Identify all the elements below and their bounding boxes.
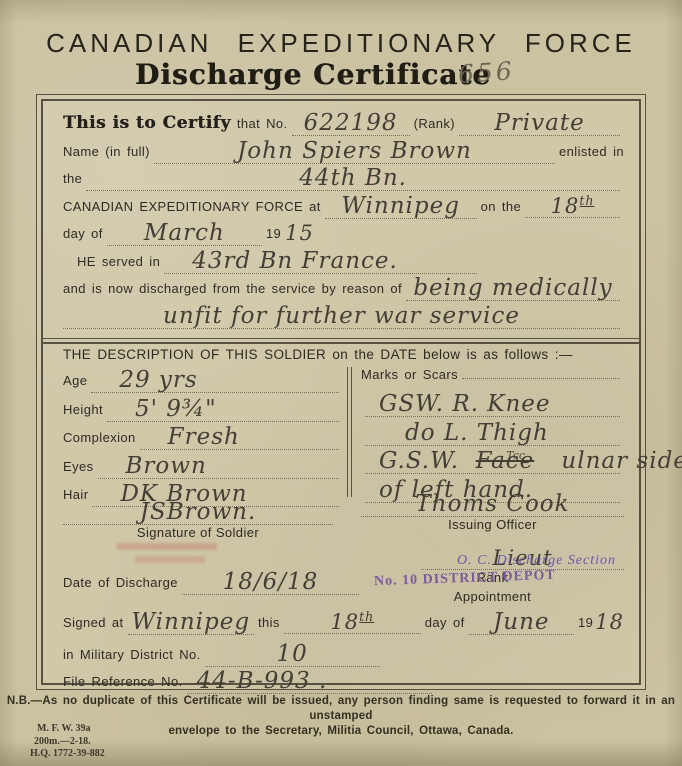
soldier-signature-block: JSBrown. Signature of Soldier xyxy=(63,499,333,540)
section-divider xyxy=(43,338,639,344)
red-stamp-mark-1 xyxy=(117,543,217,550)
pencil-serial-number: 656 xyxy=(457,56,516,89)
officer-signature: Thoms Cook xyxy=(361,493,624,517)
that-no-label: that No. xyxy=(237,116,288,131)
marks-line-1: GSW. R. Knee xyxy=(361,391,624,420)
certificate-border: This is to Certify that No. 622198 (Rank… xyxy=(36,94,646,690)
cef-at-label: CANADIAN EXPEDITIONARY FORCE at xyxy=(63,199,321,214)
signed-year-value: 18 xyxy=(595,612,624,633)
form-code-1: M. F. W. 39a xyxy=(30,723,105,736)
the-label: the xyxy=(63,171,82,186)
signed-year-prefix: 19 xyxy=(578,615,593,630)
row-file-reference: File Reference No. 44-B-993 . xyxy=(63,668,463,696)
file-reference-value: 44-B-993 . xyxy=(187,670,432,694)
soldier-signature: JSBrown. xyxy=(63,501,333,525)
faded-red-stamp xyxy=(105,543,235,569)
age-label: Age xyxy=(63,373,87,388)
served-in-label: HE served in xyxy=(77,254,160,269)
service-number-value: 622198 xyxy=(292,112,410,136)
description-heading: THE DESCRIPTION OF THIS SOLDIER on the D… xyxy=(63,347,573,362)
enlist-year-value: 15 xyxy=(285,223,314,244)
footer-note-line1: N.B.—As no duplicate of this Certificate… xyxy=(0,694,682,724)
purple-stamp: O. C. Discharge Section No. 10 DISTRICT … xyxy=(353,553,616,587)
marks-3-end: ulnar side xyxy=(561,448,682,474)
enlist-day-number: 18 xyxy=(551,194,580,218)
row-enlist-place: CANADIAN EXPEDITIONARY FORCE at Winnipeg… xyxy=(63,193,624,221)
marks-value-2-text: do L. Thigh xyxy=(405,420,549,446)
marks-line-3: G.S.W. FaceTcc ulnar side xyxy=(361,448,624,477)
field-complexion: Complexion Fresh xyxy=(63,424,343,453)
row-service-number: This is to Certify that No. 622198 (Rank… xyxy=(63,110,624,138)
certificate-body: This is to Certify that No. 622198 (Rank… xyxy=(41,99,641,685)
signed-day-number: 18 xyxy=(330,610,359,634)
red-stamp-mark-2 xyxy=(135,556,205,563)
form-code-2: 200m.—2-18. xyxy=(30,736,105,749)
marks-label: Marks or Scars xyxy=(361,367,458,382)
signed-at-label: Signed at xyxy=(63,615,124,630)
unit-value: 44th Bn. xyxy=(86,167,620,191)
rank-label: (Rank) xyxy=(414,116,455,131)
marks-label-line xyxy=(462,378,620,379)
field-height: Height 5' 9¾" xyxy=(63,396,343,425)
officer-signature-caption: Issuing Officer xyxy=(361,517,624,532)
enlisted-in-label: enlisted in xyxy=(559,144,624,159)
date-of-discharge-value: 18/6/18 xyxy=(182,571,359,595)
signed-month-value: June xyxy=(469,611,574,635)
reason-label: and is now discharged from the service b… xyxy=(63,281,402,296)
day-of-label: day of xyxy=(63,226,103,241)
certification-section: This is to Certify that No. 622198 (Rank… xyxy=(63,110,624,330)
height-value: 5' 9¾" xyxy=(107,398,339,422)
name-label: Name (in full) xyxy=(63,144,150,159)
stamp-district-depot: No. 10 DISTRICT DEPOT xyxy=(374,568,556,590)
soldier-signature-caption: Signature of Soldier xyxy=(63,525,333,540)
discharge-certificate-scan: CANADIAN EXPEDITIONARY FORCE Discharge C… xyxy=(0,0,682,766)
marks-3-start: G.S.W. xyxy=(379,448,459,474)
marks-label-row: Marks or Scars xyxy=(361,367,624,391)
marks-value-1: GSW. R. Knee xyxy=(365,393,620,417)
signed-day-value: 18th xyxy=(284,611,421,634)
page-title: CANADIAN EXPEDITIONARY FORCE xyxy=(0,28,682,59)
complexion-value: Fresh xyxy=(140,426,339,450)
eyes-label: Eyes xyxy=(63,459,94,474)
officer-signature-block: Thoms Cook Issuing Officer Lieut Rank O.… xyxy=(361,491,624,585)
appointment-caption: Appointment xyxy=(361,589,624,604)
signed-place-value: Winnipeg xyxy=(128,611,254,635)
row-discharge-reason-2: unfit for further war service xyxy=(63,303,624,331)
eyes-value: Brown xyxy=(98,455,339,479)
enlist-day-value: 18th xyxy=(525,195,620,218)
marks-value-2: do L. Thigh xyxy=(365,422,620,446)
field-eyes: Eyes Brown xyxy=(63,453,343,482)
marks-3-inserted-word: Tcc xyxy=(506,449,525,462)
field-age: Age 29 yrs xyxy=(63,367,343,396)
row-served-in: HE served in 43rd Bn France. xyxy=(63,248,624,276)
year-prefix-printed: 19 xyxy=(266,226,281,241)
row-discharge-reason: and is now discharged from the service b… xyxy=(63,275,624,303)
on-the-label: on the xyxy=(481,199,522,214)
column-divider xyxy=(347,367,352,497)
reason-value-line1: being medically xyxy=(406,277,620,301)
age-value: 29 yrs xyxy=(91,369,339,393)
marks-line-2: do L. Thigh xyxy=(361,420,624,449)
military-district-value: 10 xyxy=(205,643,380,667)
military-district-label: in Military District No. xyxy=(63,647,201,662)
enlist-day-suffix: th xyxy=(579,193,594,208)
row-military-district: in Military District No. 10 xyxy=(63,641,423,669)
name-value: John Spiers Brown xyxy=(154,140,555,164)
row-enlist-date: day of March 19 15 xyxy=(63,220,624,248)
page-subtitle: Discharge Certificate xyxy=(0,58,654,91)
enlist-month-value: March xyxy=(107,222,262,246)
signed-day-suffix: th xyxy=(359,609,374,624)
signed-day-of-label: day of xyxy=(425,615,465,630)
height-label: Height xyxy=(63,402,103,417)
marks-value-3: G.S.W. FaceTcc ulnar side xyxy=(365,450,620,474)
row-unit: the 44th Bn. xyxy=(63,165,624,193)
rank-value: Private xyxy=(459,112,620,136)
row-date-of-discharge: Date of Discharge 18/6/18 xyxy=(63,569,363,597)
marks-or-scars-section: Marks or Scars GSW. R. Knee do L. Thigh … xyxy=(361,367,624,505)
certify-blackletter-label: This is to Certify xyxy=(63,113,231,133)
served-value: 43rd Bn France. xyxy=(164,250,477,274)
enlist-place-value: Winnipeg xyxy=(325,195,477,219)
row-signed-at: Signed at Winnipeg this 18th day of June… xyxy=(63,609,624,637)
reason-value-line2: unfit for further war service xyxy=(63,305,620,329)
file-reference-label: File Reference No. xyxy=(63,674,183,689)
description-fields: Age 29 yrs Height 5' 9¾" Complexion Fres… xyxy=(63,367,343,510)
form-code-3: H.Q. 1772-39-882 xyxy=(30,748,105,761)
form-codes: M. F. W. 39a 200m.—2-18. H.Q. 1772-39-88… xyxy=(30,723,105,761)
stamp-discharge-section: O. C. Discharge Section xyxy=(353,553,616,569)
marks-3-struck-word: Face xyxy=(476,448,535,474)
date-of-discharge-label: Date of Discharge xyxy=(63,575,178,590)
complexion-label: Complexion xyxy=(63,430,136,445)
row-name: Name (in full) John Spiers Brown enliste… xyxy=(63,138,624,166)
this-label: this xyxy=(258,615,280,630)
